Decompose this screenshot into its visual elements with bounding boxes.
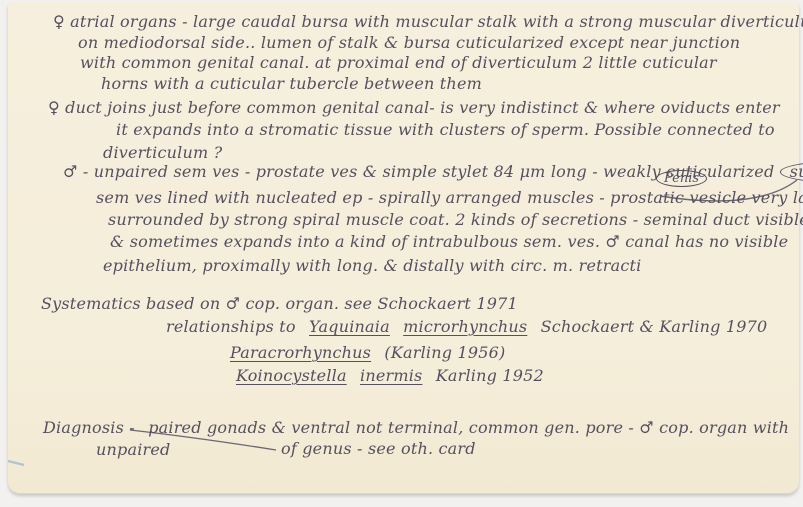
systematics-line-4-authority: Karling 1952 (436, 366, 544, 385)
taxon-koinocystella: Koinocystella (236, 366, 347, 385)
female-duct-line-1: ♀ duct joins just before common genital … (48, 98, 780, 117)
circled-word-subterminal: subterminal (780, 161, 803, 183)
female-atrial-line-4: horns with a cuticular tubercle between … (101, 74, 482, 93)
circled-word-penis-annotation: Penis (656, 170, 707, 187)
systematics-line-1: Systematics based on ♂ cop. organ. see S… (41, 294, 518, 313)
blue-edge-mark (8, 461, 24, 465)
diagnosis-correction-unpaired: unpaired (96, 440, 170, 459)
index-card: ♀ atrial organs - large caudal bursa wit… (8, 2, 799, 494)
taxon-inermis: inermis (360, 366, 422, 385)
female-duct-line-3: diverticulum ? (103, 143, 222, 162)
male-organs-line-2: sem ves lined with nucleated ep - spiral… (96, 188, 803, 207)
male-organs-line-4: & sometimes expands into a kind of intra… (110, 232, 788, 251)
female-atrial-line-3: with common genital canal. at proximal e… (80, 53, 717, 72)
taxon-paracrorhynchus: Paracrorhynchus (230, 343, 371, 362)
taxon-microrhynchus: microrhynchus (403, 317, 527, 336)
female-duct-line-2: it expands into a stromatic tissue with … (116, 120, 775, 139)
systematics-line-2-authority: Schockaert & Karling 1970 (541, 317, 768, 336)
male-organs-line-3: surrounded by strong spiral muscle coat.… (108, 210, 803, 229)
male-organs-line-5: epithelium, proximally with long. & dist… (103, 256, 641, 275)
systematics-line-2: relationships to Yaquinaia microrhynchus… (166, 317, 767, 336)
systematics-line-3: Paracrorhynchus (Karling 1956) (230, 343, 505, 362)
female-atrial-line-1: ♀ atrial organs - large caudal bursa wit… (53, 12, 803, 31)
systematics-line-4: Koinocystella inermis Karling 1952 (236, 366, 544, 385)
female-atrial-line-2: on mediodorsal side.. lumen of stalk & b… (78, 33, 740, 52)
diagnosis-line-2-text: of genus - see oth. card (281, 439, 476, 458)
scan-background: ♀ atrial organs - large caudal bursa wit… (0, 0, 803, 507)
diagnosis-label: Diagnosis - (43, 418, 135, 437)
systematics-line-2-intro: relationships to (166, 317, 296, 336)
taxon-yaquinaia: Yaquinaia (309, 317, 390, 336)
diagnosis-line-1-text: paired gonads & ventral not terminal, co… (148, 418, 789, 437)
systematics-line-3-authority: (Karling 1956) (384, 343, 505, 362)
diagnosis-line-1: Diagnosis - paired gonads & ventral not … (43, 418, 789, 437)
